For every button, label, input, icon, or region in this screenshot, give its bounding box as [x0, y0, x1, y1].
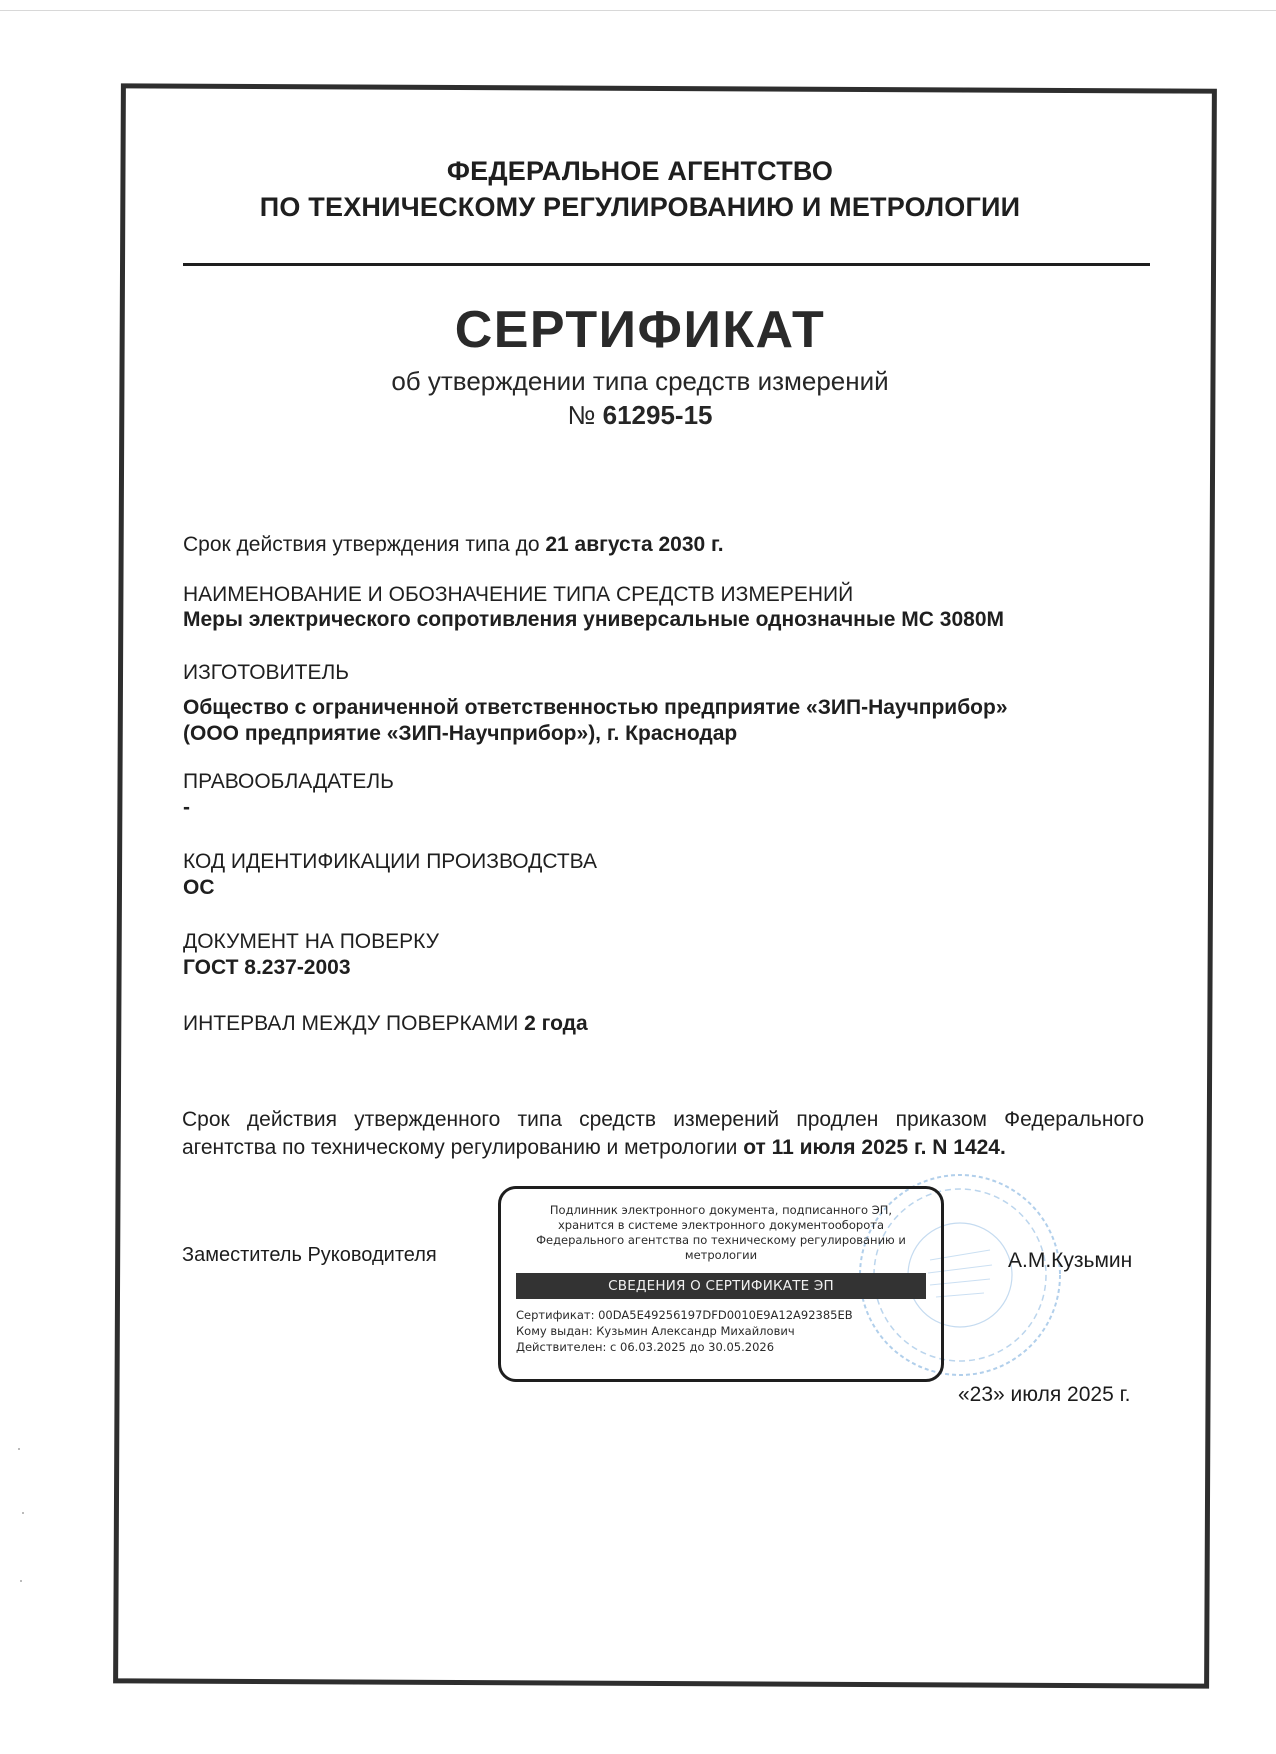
esig-details: Сертификат: 00DA5E49256197DFD0010E9A12A9… [516, 1307, 853, 1355]
esig-issued-to: Кому выдан: Кузьмин Александр Михайлович [516, 1323, 853, 1339]
validity-label: Срок действия утверждения типа до [183, 533, 540, 556]
esig-validity: Действителен: с 06.03.2025 до 30.05.2026 [516, 1339, 853, 1355]
certificate-subtitle: об утверждении типа средств измерений [160, 366, 1120, 397]
interval-value: 2 года [524, 1012, 588, 1035]
extension-order: от 11 июля 2025 г. N 1424. [743, 1136, 1006, 1159]
certificate-title: СЕРТИФИКАТ [160, 300, 1120, 360]
electronic-signature-box: Подлинник электронного документа, подпис… [498, 1186, 944, 1382]
certificate-number-value: 61295-15 [603, 400, 713, 430]
scan-speck [20, 1580, 22, 1582]
signatory-role: Заместитель Руководителя [182, 1244, 437, 1267]
extension-text: агентства по техническому регулированию … [182, 1136, 737, 1159]
agency-name-line1: ФЕДЕРАЛЬНОЕ АГЕНТСТВО [160, 156, 1120, 187]
extension-line2: агентства по техническому регулированию … [182, 1134, 1144, 1162]
rightholder-value: - [183, 796, 190, 820]
interval-line: ИНТЕРВАЛ МЕЖДУ ПОВЕРКАМИ 2 года [183, 1012, 588, 1036]
esig-certificate-header: СВЕДЕНИЯ О СЕРТИФИКАТЕ ЭП [516, 1273, 926, 1299]
header-divider [183, 263, 1150, 266]
production-code-label: КОД ИДЕНТИФИКАЦИИ ПРОИЗВОДСТВА [183, 850, 597, 874]
verification-doc-label: ДОКУМЕНТ НА ПОВЕРКУ [183, 930, 439, 954]
manufacturer-value-line1: Общество с ограниченной ответственностью… [183, 696, 1008, 720]
extension-line1: Срок действия утвержденного типа средств… [182, 1106, 1144, 1134]
manufacturer-value-line2: (ООО предприятие «ЗИП-Научприбор»), г. К… [183, 722, 737, 746]
signatory-name: А.М.Кузьмин [1008, 1249, 1132, 1273]
verification-doc-value: ГОСТ 8.237-2003 [183, 956, 351, 980]
esig-certificate-id: Сертификат: 00DA5E49256197DFD0010E9A12A9… [516, 1307, 853, 1323]
signature-date: «23» июля 2025 г. [958, 1383, 1131, 1407]
production-code-value: ОС [183, 876, 215, 900]
certificate-number: № 61295-15 [160, 400, 1120, 431]
certificate-number-prefix: № [567, 400, 595, 430]
scan-speck [18, 1448, 20, 1450]
rightholder-label: ПРАВООБЛАДАТЕЛЬ [183, 770, 394, 794]
esig-notice: Подлинник электронного документа, подпис… [501, 1203, 941, 1263]
validity-date: 21 августа 2030 г. [545, 533, 723, 556]
type-name-value: Меры электрического сопротивления универ… [183, 608, 1004, 632]
scan-speck [22, 1512, 24, 1514]
manufacturer-label: ИЗГОТОВИТЕЛЬ [183, 661, 349, 685]
validity-line: Срок действия утверждения типа до 21 авг… [183, 533, 724, 557]
agency-name-line2: ПО ТЕХНИЧЕСКОМУ РЕГУЛИРОВАНИЮ И МЕТРОЛОГ… [160, 192, 1120, 223]
scan-artifact-line [0, 10, 1276, 11]
type-name-label: НАИМЕНОВАНИЕ И ОБОЗНАЧЕНИЕ ТИПА СРЕДСТВ … [183, 583, 853, 607]
interval-label: ИНТЕРВАЛ МЕЖДУ ПОВЕРКАМИ [183, 1012, 518, 1035]
